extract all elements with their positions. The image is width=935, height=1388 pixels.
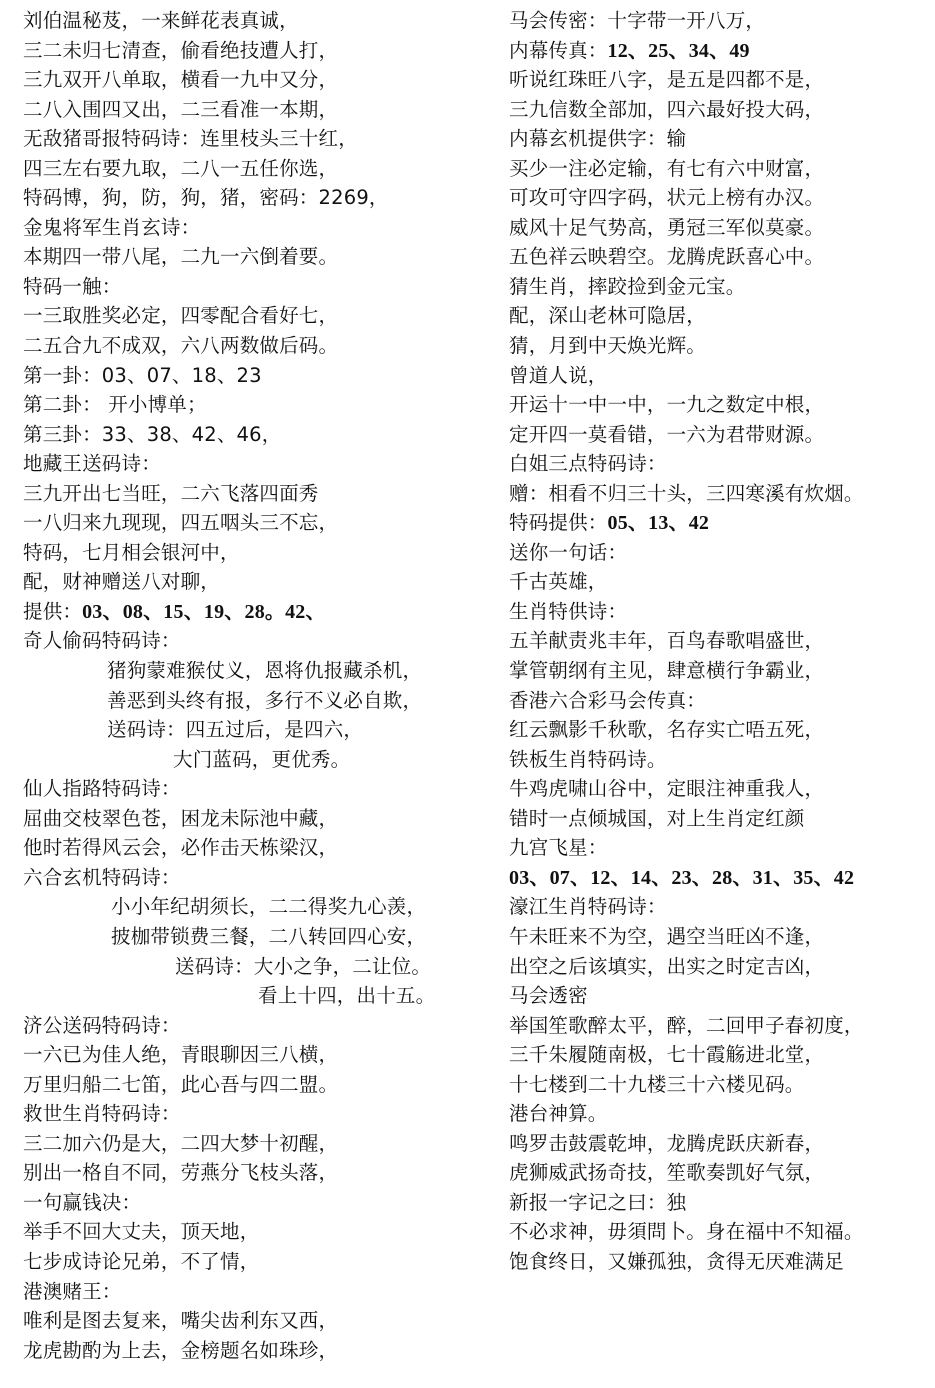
text-line: 铁板生肖特码诗。: [509, 745, 929, 775]
text-line: 济公送码特码诗：: [23, 1011, 468, 1041]
number-list: 03、08、15、19、28。42、: [82, 601, 326, 623]
text-line: 五羊献责兆丰年，百鸟春歌唱盛世，: [509, 626, 929, 656]
text-line: 内幕传真：12、25、34、49: [509, 36, 929, 66]
text-line: 港台神算。: [509, 1099, 929, 1129]
text-line: 三千朱履随南极，七十霞觞进北堂，: [509, 1040, 929, 1070]
text-line: 奇人偷码特码诗：: [23, 626, 468, 656]
line-label: 内幕传真：: [509, 39, 608, 62]
text-line: 猜生肖，摔跤捡到金元宝。: [509, 272, 929, 302]
text-line: 香港六合彩马会传真：: [509, 686, 929, 716]
text-line: 马会传密：十字带一开八万，: [509, 6, 929, 36]
text-line: 特码提供：05、13、42: [509, 508, 929, 538]
text-line: 二八入围四又出，二三看准一本期，: [23, 95, 468, 125]
text-line: 地藏王送码诗：: [23, 449, 468, 479]
text-line: 六合玄机特码诗：: [23, 863, 468, 893]
text-line: 港澳赌王：: [23, 1277, 468, 1307]
text-line: 配，深山老林可隐居，: [509, 301, 929, 331]
text-line: 一三取胜奖必定，四零配合看好七，: [23, 301, 468, 331]
text-line: 错时一点倾城国，对上生肖定红颜: [509, 804, 929, 834]
text-line: 白姐三点特码诗：: [509, 449, 929, 479]
text-line: 唯利是图去复来，嘴尖齿利东又西，: [23, 1306, 468, 1336]
text-line: 送码诗：大小之争，二让位。: [23, 952, 468, 982]
text-line: 红云飘影千秋歌，名存实亡唔五死，: [509, 715, 929, 745]
text-line: 鸣罗击鼓震乾坤，龙腾虎跃庆新春，: [509, 1129, 929, 1159]
text-line: 03、07、12、14、23、28、31、35、42: [509, 863, 929, 893]
text-line: 马会透密: [509, 981, 929, 1011]
text-line: 可攻可守四字码，状元上榜有办汉。: [509, 183, 929, 213]
text-line: 五色祥云映碧空。龙腾虎跃喜心中。: [509, 242, 929, 272]
text-line: 无敌猪哥报特码诗：连里枝头三十红，: [23, 124, 468, 154]
text-line: 定开四一莫看错，一六为君带财源。: [509, 420, 929, 450]
line-label: 提供：: [23, 600, 82, 623]
text-line: 送码诗：四五过后，是四六，: [23, 715, 468, 745]
text-line: 午未旺来不为空，遇空当旺凶不逢，: [509, 922, 929, 952]
text-line: 别出一格自不同，劳燕分飞枝头落，: [23, 1158, 468, 1188]
text-line: 七步成诗论兄弟，不了情，: [23, 1247, 468, 1277]
text-line: 三九双开八单取，横看一九中又分，: [23, 65, 468, 95]
text-line: 内幕玄机提供字：输: [509, 124, 929, 154]
text-line: 买少一注必定输，有七有六中财富，: [509, 154, 929, 184]
text-line: 举国笙歌醉太平，醉，二回甲子春初度，: [509, 1011, 929, 1041]
text-line: 出空之后该填实，出实之时定吉凶，: [509, 952, 929, 982]
text-line: 猪狗蒙难猴仗义，恩将仇报藏杀机，: [23, 656, 468, 686]
text-line: 猜，月到中天焕光辉。: [509, 331, 929, 361]
text-line: 九宫飞星：: [509, 833, 929, 863]
text-line: 特码一触：: [23, 272, 468, 302]
text-line: 龙虎勘酌为上去，金榜题名如珠珍，: [23, 1336, 468, 1366]
text-line: 屈曲交枝翠色苍，困龙未际池中藏，: [23, 804, 468, 834]
text-line: 看上十四，出十五。: [23, 981, 468, 1011]
number-list: 03、07、12、14、23、28、31、35、42: [509, 867, 854, 889]
text-line: 曾道人说，: [509, 361, 929, 391]
text-line: 救世生肖特码诗：: [23, 1099, 468, 1129]
right-column: 马会传密：十字带一开八万，内幕传真：12、25、34、49听说红珠旺八字，是五是…: [509, 6, 929, 1277]
text-line: 掌管朝纲有主见，肆意横行争霸业，: [509, 656, 929, 686]
text-line: 配，财神赠送八对聊，: [23, 567, 468, 597]
text-line: 千古英雄，: [509, 567, 929, 597]
text-line: 听说红珠旺八字，是五是四都不是，: [509, 65, 929, 95]
number-list: 12、25、34、49: [608, 40, 750, 62]
text-line: 第三卦：33、38、42、46，: [23, 420, 468, 450]
line-label: 特码提供：: [509, 511, 608, 534]
text-line: 二五合九不成双，六八两数做后码。: [23, 331, 468, 361]
text-line: 四三左右要九取，二八一五任你选，: [23, 154, 468, 184]
text-line: 他时若得风云会，必作击天栋梁汉，: [23, 833, 468, 863]
text-line: 新报一字记之曰：独: [509, 1188, 929, 1218]
text-line: 牛鸡虎啸山谷中，定眼注神重我人，: [509, 774, 929, 804]
text-line: 大门蓝码，更优秀。: [23, 745, 468, 775]
text-line: 饱食终日，又嫌孤独，贪得无厌难满足: [509, 1247, 929, 1277]
text-line: 不必求神，毋須問卜。身在福中不知福。: [509, 1217, 929, 1247]
text-line: 三九信数全部加，四六最好投大码，: [509, 95, 929, 125]
text-line: 举手不回大丈夫，顶天地，: [23, 1217, 468, 1247]
text-line: 本期四一带八尾，二九一六倒着要。: [23, 242, 468, 272]
text-line: 提供：03、08、15、19、28。42、: [23, 597, 468, 627]
text-line: 三二加六仍是大，二四大梦十初醒，: [23, 1129, 468, 1159]
text-line: 虎狮威武扬奇技，笙歌奏凯好气氛，: [509, 1158, 929, 1188]
text-line: 赠：相看不归三十头，三四寒溪有炊烟。: [509, 479, 929, 509]
text-line: 濠江生肖特码诗：: [509, 892, 929, 922]
text-line: 第二卦： 开小博单；: [23, 390, 468, 420]
text-line: 威风十足气势高，勇冠三军似莫豪。: [509, 213, 929, 243]
text-line: 三九开出七当旺，二六飞落四面秀: [23, 479, 468, 509]
text-line: 善恶到头终有报，多行不义必自欺，: [23, 686, 468, 716]
text-line: 一八归来九现现，四五咽头三不忘，: [23, 508, 468, 538]
text-line: 送你一句话：: [509, 538, 929, 568]
text-line: 一六已为佳人绝，青眼聊因三八横，: [23, 1040, 468, 1070]
left-column: 刘伯温秘芨，一来鲜花表真诚，三二未归七清查，偷看绝技遭人打，三九双开八单取，横看…: [23, 6, 468, 1365]
text-line: 小小年纪胡须长，二二得奖九心羡，: [23, 892, 468, 922]
text-line: 披枷带锁费三餐，二八转回四心安，: [23, 922, 468, 952]
text-line: 万里归船二七笛，此心吾与四二盟。: [23, 1070, 468, 1100]
text-line: 开运十一中一中，一九之数定中根，: [509, 390, 929, 420]
text-line: 三二未归七清查，偷看绝技遭人打，: [23, 36, 468, 66]
text-line: 金鬼将军生肖玄诗：: [23, 213, 468, 243]
text-line: 仙人指路特码诗：: [23, 774, 468, 804]
text-line: 十七楼到二十九楼三十六楼见码。: [509, 1070, 929, 1100]
text-line: 第一卦：03、07、18、23: [23, 361, 468, 391]
text-line: 一句赢钱决：: [23, 1188, 468, 1218]
text-line: 刘伯温秘芨，一来鲜花表真诚，: [23, 6, 468, 36]
text-line: 特码博，狗，防，狗，猪，密码：2269，: [23, 183, 468, 213]
number-list: 05、13、42: [608, 512, 710, 534]
text-line: 特码，七月相会银河中，: [23, 538, 468, 568]
text-line: 生肖特供诗：: [509, 597, 929, 627]
